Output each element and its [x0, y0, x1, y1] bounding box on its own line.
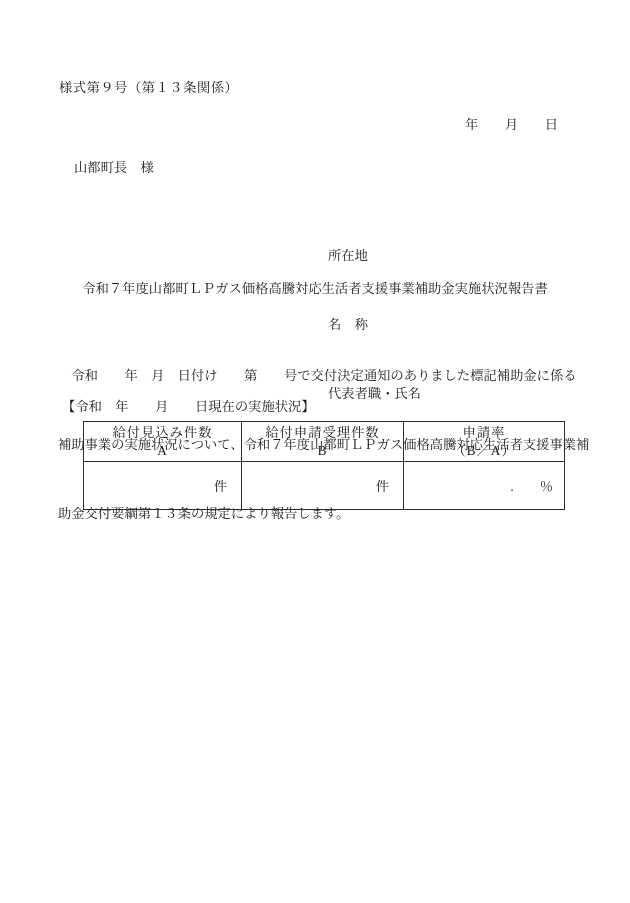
status-table: 給付見込み件数 A 給付申請受理件数 B 申請率 （B／A） 件 件: [83, 421, 565, 510]
cell-received-count: 件: [242, 462, 404, 510]
header-expected-count-label: 給付見込み件数: [84, 424, 241, 442]
document-page: 様式第９号（第１３条関係） 年 月 日 山都町長 様 所在地 名 称 代表者職・…: [0, 0, 630, 903]
cell-expected-count: 件: [84, 462, 242, 510]
expected-count-unit: 件: [214, 479, 227, 494]
form-number: 様式第９号（第１３条関係）: [59, 80, 238, 95]
header-received-count-label: 給付申請受理件数: [242, 424, 403, 442]
header-application-rate-sublabel: （B／A）: [404, 442, 564, 460]
sender-address-label: 所在地: [328, 244, 421, 267]
header-expected-count: 給付見込み件数 A: [84, 422, 242, 462]
cell-application-rate: .％: [404, 462, 565, 510]
rate-percent-sign: ％: [540, 479, 553, 494]
header-received-count: 給付申請受理件数 B: [242, 422, 404, 462]
received-count-unit: 件: [376, 479, 389, 494]
header-application-rate-label: 申請率: [404, 424, 564, 442]
rate-decimal-point: .: [510, 479, 513, 494]
body-line: 令和 年 月 日付け 第 号で交付決定通知のありました標記補助金に係る: [58, 364, 578, 387]
recipient-line: 山都町長 様: [74, 160, 154, 175]
header-received-count-sublabel: B: [242, 442, 403, 460]
date-line: 年 月 日: [465, 117, 558, 132]
header-application-rate: 申請率 （B／A）: [404, 422, 565, 462]
status-heading: 【令和 年 月 日現在の実施状況】: [62, 399, 315, 414]
table-data-row: 件 件 .％: [84, 462, 565, 510]
header-expected-count-sublabel: A: [84, 442, 241, 460]
table-header-row: 給付見込み件数 A 給付申請受理件数 B 申請率 （B／A）: [84, 422, 565, 462]
document-title: 令和７年度山都町ＬＰガス価格高騰対応生活者支援事業補助金実施状況報告書: [0, 281, 630, 296]
